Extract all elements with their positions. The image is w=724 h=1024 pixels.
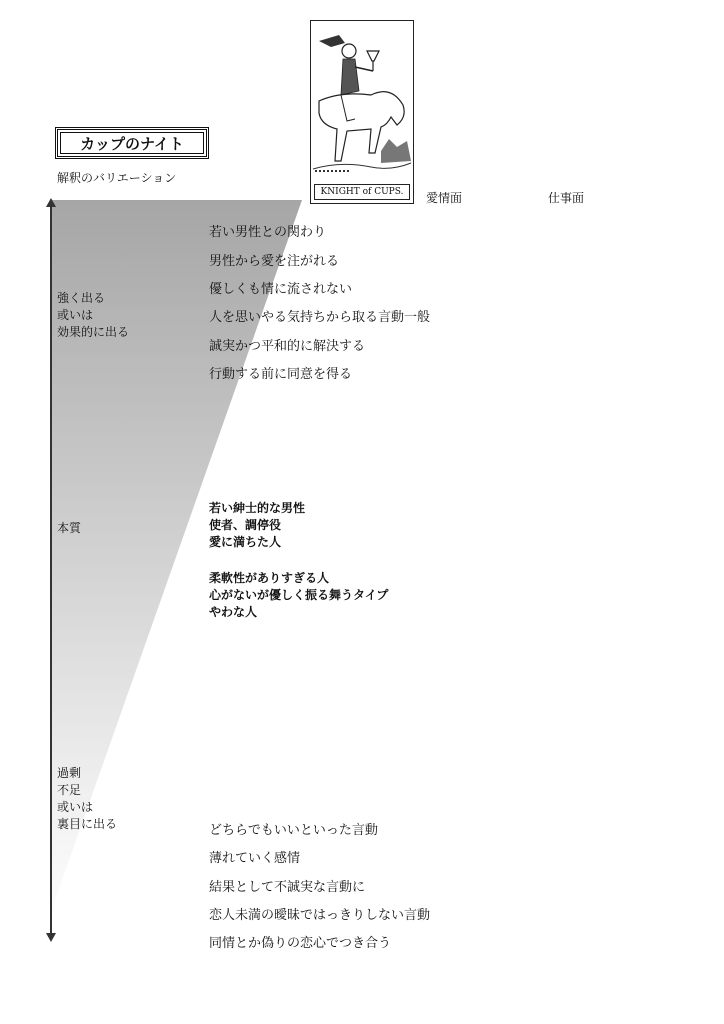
list-item: 若い男性との関わり (209, 221, 326, 240)
essence-group-2: 柔軟性がありすぎる人 心がないが優しく振る舞うタイプ やわな人 (209, 570, 388, 621)
level-label-excess: 過剰 不足 或いは 裏目に出る (57, 765, 117, 833)
list-item: 人を思いやる気持ちから取る言動一般 (209, 306, 430, 325)
page-title: カップのナイト (55, 127, 209, 159)
list-item: 同情とか偽りの恋心でつき合う (209, 932, 391, 951)
level-label-essence: 本質 (57, 520, 81, 537)
list-item: 誠実かつ平和的に解決する (209, 335, 365, 354)
vertical-axis (50, 206, 52, 934)
column-header-love: 愛情面 (426, 189, 462, 206)
column-header-work: 仕事面 (548, 189, 584, 206)
arrow-down-icon (46, 933, 56, 942)
knight-illustration-icon (311, 21, 413, 183)
level-label-strong: 強く出る 或いは 効果的に出る (57, 290, 129, 341)
list-item: 恋人未満の曖昧ではっきりしない言動 (209, 904, 430, 923)
tarot-card-image: KNIGHT of CUPS. (310, 20, 414, 204)
essence-group-1: 若い紳士的な男性 使者、調停役 愛に満ちた人 (209, 500, 305, 551)
list-item: 結果として不誠実な言動に (209, 876, 365, 895)
list-item: 男性から愛を注がれる (209, 250, 339, 269)
list-item: 行動する前に同意を得る (209, 363, 352, 382)
card-caption: KNIGHT of CUPS. (314, 184, 410, 200)
list-item: 薄れていく感情 (209, 847, 300, 866)
arrow-up-icon (46, 198, 56, 207)
list-item: 優しくも情に流されない (209, 278, 352, 297)
page-subtitle: 解釈のバリエーション (57, 169, 176, 186)
list-item: どちらでもいいといった言動 (209, 819, 378, 838)
